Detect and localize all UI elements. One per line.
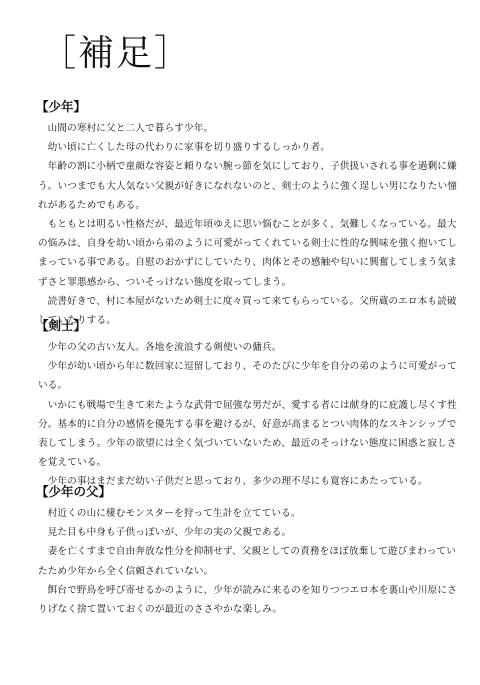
paragraph: 妻を亡くすまで自由奔放な性分を抑制せず、父親としての責務をほぼ放棄して遊びまわっ… <box>38 542 458 580</box>
paragraph: もともとは明るい性格だが、最近年頃ゆえに思い悩むことが多く、気難しくなっている。… <box>38 215 458 292</box>
document-page: ［補足］ 【少年】 山間の寒村に父と二人で暮らす少年。 幼い頃に亡くした母の代わ… <box>0 0 480 685</box>
section-heading-swordsman: 【剣士】 <box>36 317 458 335</box>
paragraph: 少年の父の古い友人。各地を流浪する剣使いの傭兵。 <box>38 338 458 357</box>
paragraph: 山間の寒村に父と二人で暮らす少年。 <box>38 119 458 138</box>
paragraph: 見た目も中身も子供っぽいが、少年の実の父親である。 <box>38 523 458 542</box>
section-boy: 【少年】 山間の寒村に父と二人で暮らす少年。 幼い頃に亡くした母の代わりに家事を… <box>38 98 458 330</box>
paragraph: 幼い頃に亡くした母の代わりに家事を切り盛りするしっかり者。 <box>38 138 458 157</box>
paragraph: いかにも戦場で生きて来たような武骨で屈強な男だが、愛する者には献身的に庇護し尽く… <box>38 396 458 473</box>
section-swordsman: 【剣士】 少年の父の古い友人。各地を流浪する剣使いの傭兵。 少年が幼い頃から年に… <box>38 317 458 492</box>
page-title: ［補足］ <box>40 32 192 76</box>
paragraph: 餌台で野鳥を呼び寄せるかのように、少年が読みに来るのを知りつつエロ本を裏山や川原… <box>38 581 458 619</box>
paragraph: 年齢の割に小柄で童顔な容姿と頼りない腕っ節を気にしており、子供扱いされる事を過剰… <box>38 157 458 215</box>
section-boys-father: 【少年の父】 村近くの山に棲むモンスターを狩って生計を立てている。 見た目も中身… <box>38 483 458 619</box>
paragraph: 村近くの山に棲むモンスターを狩って生計を立てている。 <box>38 504 458 523</box>
section-heading-boy: 【少年】 <box>36 98 458 116</box>
paragraph: 少年が幼い頃から年に数回家に逗留しており、そのたびに少年を自分の弟のように可愛が… <box>38 357 458 395</box>
section-heading-boys-father: 【少年の父】 <box>36 483 458 501</box>
